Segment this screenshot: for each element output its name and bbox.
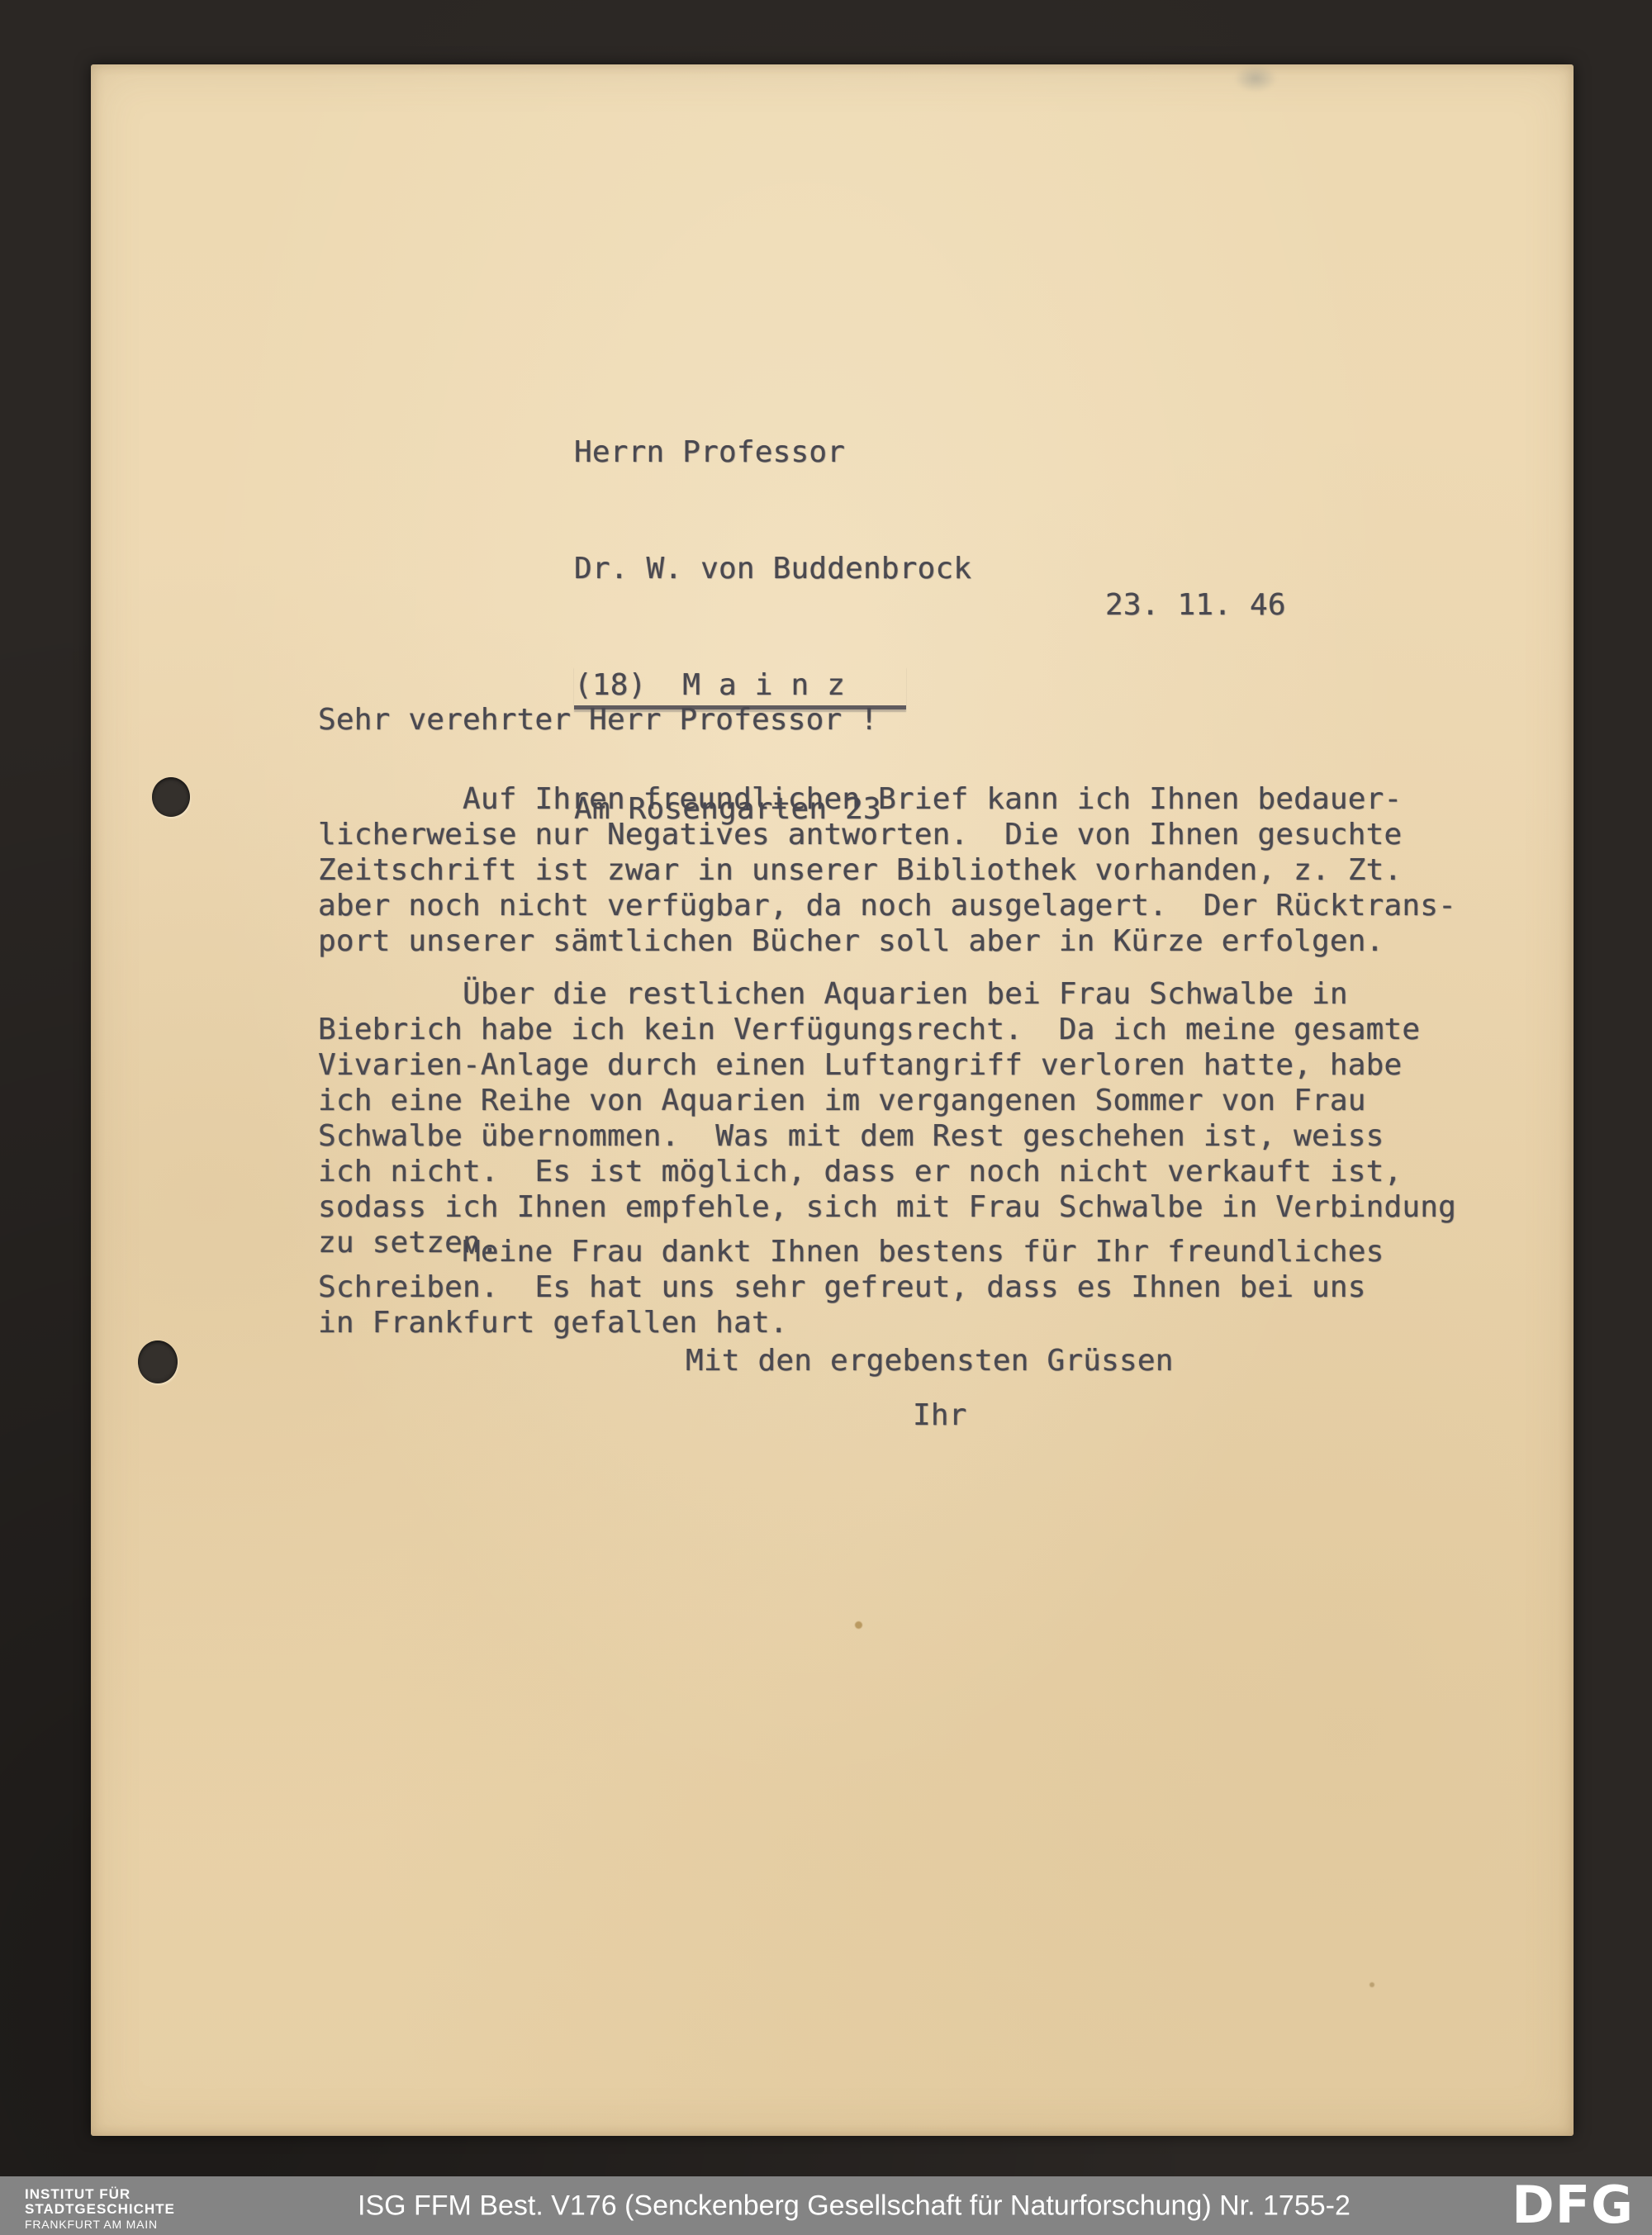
recipient-line-1: Herrn Professor [574, 433, 971, 472]
closing-line: Mit den ergebensten Grüssen [686, 1343, 1174, 1378]
signature-line: Ihr [913, 1397, 967, 1433]
punch-hole-bottom [138, 1341, 178, 1383]
letter-page: Herrn Professor Dr. W. von Buddenbrock (… [91, 64, 1574, 2136]
paper-smudge [1234, 64, 1277, 93]
institute-name-line2: STADTGESCHICHTE [25, 2202, 175, 2217]
institute-name-line1: INSTITUT FÜR [25, 2187, 175, 2202]
paper-speck [1370, 1982, 1374, 1987]
punch-hole-top [152, 777, 190, 817]
paragraph-3: Meine Frau dankt Ihnen bestens für Ihr f… [318, 1234, 1384, 1341]
salutation: Sehr verehrter Herr Professor ! [318, 702, 878, 738]
recipient-line-2: Dr. W. von Buddenbrock [574, 549, 971, 588]
letter-date: 23. 11. 46 [1105, 587, 1286, 623]
paper-speck [855, 1621, 862, 1629]
archive-reference: ISG FFM Best. V176 (Senckenberg Gesellsc… [358, 2190, 1351, 2222]
institute-name-line3: FRANKFURT AM MAIN [25, 2217, 175, 2232]
archive-footer-bar: INSTITUT FÜR STADTGESCHICHTE FRANKFURT A… [0, 2176, 1652, 2235]
dfg-logo: DFG [1512, 2175, 1634, 2235]
institute-logo: INSTITUT FÜR STADTGESCHICHTE FRANKFURT A… [25, 2187, 175, 2232]
paragraph-1: Auf Ihren freundlichen Brief kann ich Ih… [318, 781, 1456, 959]
paragraph-2: Über die restlichen Aquarien bei Frau Sc… [318, 976, 1456, 1260]
